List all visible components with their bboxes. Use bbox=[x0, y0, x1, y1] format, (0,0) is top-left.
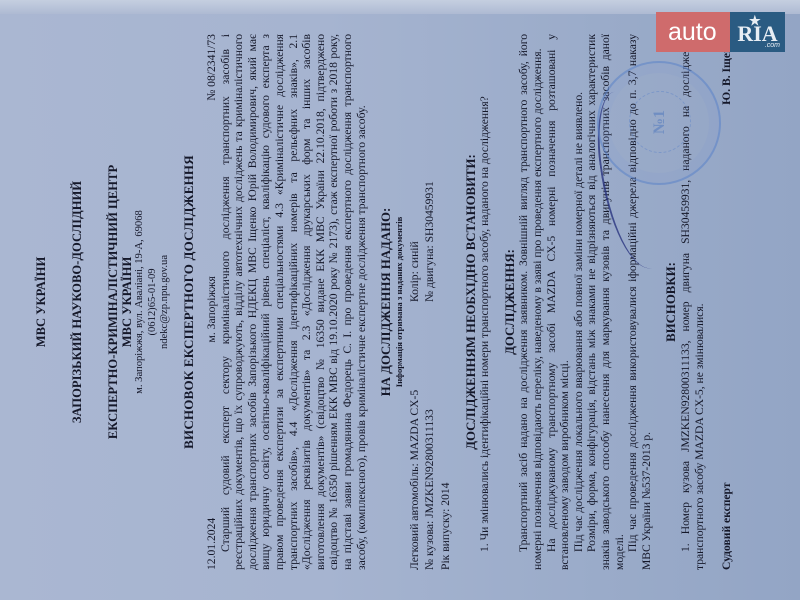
provided-heading: НА ДОСЛІДЖЕННЯ НАДАНО: bbox=[380, 34, 394, 570]
org-name-2: ЕКСПЕРТНО-КРИМІНАЛІСТИЧНИЙ ЦЕНТР bbox=[106, 34, 120, 570]
expert-role: Судовий експерт bbox=[720, 482, 734, 570]
provided-note: Інформація отримана з наданих документів bbox=[394, 34, 404, 570]
vehicle-model: Легковий автомобіль: MAZDA CX-5 bbox=[408, 302, 422, 570]
org-email: ndekc@zp.npu.gov.ua bbox=[159, 34, 172, 570]
research-paragraph: На досліджуваному транспортному засобі M… bbox=[545, 34, 572, 570]
vehicle-color: Колір: синій bbox=[408, 34, 422, 302]
org-ministry-2: МВС УКРАЇНИ bbox=[120, 34, 134, 570]
star-icon: ★ bbox=[749, 14, 761, 27]
document-city: м. Запоріжжя bbox=[205, 276, 219, 342]
question-item: 1. Чи змінювались ідентифікаційні номери… bbox=[478, 34, 492, 570]
vehicle-engine-number: № двигуна: SH30459931 bbox=[423, 34, 437, 302]
autoria-watermark: auto ★ RIA .com bbox=[656, 12, 785, 52]
research-heading: ДОСЛІДЖЕННЯ: bbox=[504, 34, 518, 570]
vehicle-body-number: № кузова: JMZKEN92800311133 bbox=[423, 302, 437, 570]
research-paragraph: Транспортний засіб надано на дослідження… bbox=[517, 34, 544, 570]
questions-heading: ДОСЛІДЖЕННЯМ НЕОБХІДНО ВСТАНОВИТИ: bbox=[465, 34, 479, 570]
vehicle-details: Легковий автомобіль: MAZDA CX-5 Колір: с… bbox=[408, 34, 453, 570]
intro-paragraph: Старший судовий експерт сектору кримінал… bbox=[219, 34, 369, 570]
vehicle-year: Рік випуску: 2014 bbox=[439, 302, 453, 570]
org-name-1: ЗАПОРІЗЬКИЙ НАУКОВО-ДОСЛІДНИЙ bbox=[70, 34, 84, 570]
document-date: 12.01.2024 bbox=[205, 518, 219, 570]
watermark-domain: .com bbox=[765, 42, 780, 50]
document-meta: 12.01.2024 м. Запоріжжя № 08/2341/73 bbox=[205, 34, 219, 570]
signature-block: Судовий експерт Ю. В. Іщенко bbox=[720, 34, 734, 570]
org-phone: (0612)65-01-09 bbox=[147, 34, 160, 570]
expert-report-page: МВС УКРАЇНИ ЗАПОРІЗЬКИЙ НАУКОВО-ДОСЛІДНИ… bbox=[12, 0, 702, 600]
org-ministry: МВС УКРАЇНИ bbox=[34, 34, 48, 570]
watermark-ria-block: ★ RIA .com bbox=[730, 12, 785, 52]
document-number: № 08/2341/73 bbox=[205, 34, 219, 101]
watermark-auto-text: auto bbox=[656, 12, 730, 52]
research-paragraph: Під час дослідження локального вварюванн… bbox=[572, 34, 586, 570]
official-stamp: №1 bbox=[597, 61, 721, 185]
org-address: м. Запоріжжя, вул. Аваліані, 19-А, 69068 bbox=[134, 34, 147, 570]
document-title: ВИСНОВОК ЕКСПЕРТНОГО ДОСЛІДЖЕННЯ bbox=[182, 34, 196, 570]
stamp-center: №1 bbox=[629, 91, 691, 153]
